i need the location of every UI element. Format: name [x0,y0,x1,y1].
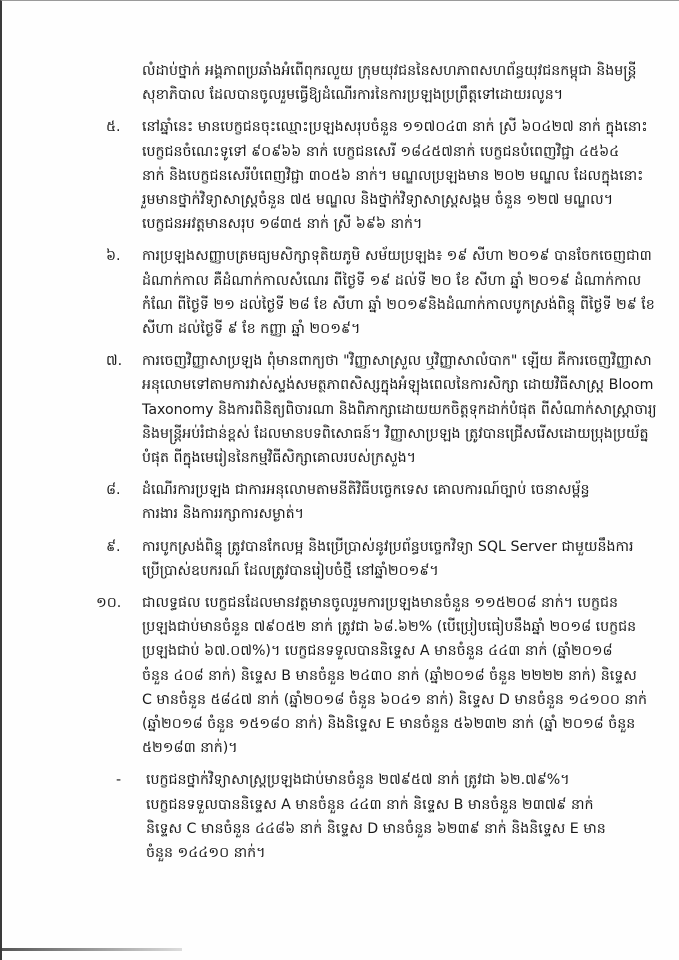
list-item-10: ១០. ជាលទ្ធផល បេក្ខជនដែលមានវត្តមានចូលរួមក… [106,591,666,760]
scanned-page: លំដាប់ថ្នាក់ អង្គភាពប្រឆាំងអំពើពុករលួយ ក… [0,0,679,960]
item-number: ៨. [106,478,121,502]
text-line: បំផុត ពីក្នុងមេរៀននៃកម្មវិធីសិក្សាគោលរបស… [142,446,666,470]
intro-paragraph: លំដាប់ថ្នាក់ អង្គភាពប្រឆាំងអំពើពុករលួយ ក… [106,59,666,107]
text-line: ការចេញវិញ្ញាសាប្រឡង ពុំមានពាក្យថា "វិញ្ញ… [142,349,666,373]
text-line: កំណែ ពីថ្ងៃទី ២១ ដល់ថ្ងៃទី ២៨ ខែ សីហា ឆ្… [142,293,666,317]
text-line: នៅឆ្នាំនេះ មានបេក្ខជនចុះឈ្មោះប្រឡងសរុបចំ… [142,115,666,139]
text-line: ប្រឡងជាប់មានចំនួន ៧៩០៥២ នាក់ ត្រូវជា ៦៨.… [142,615,666,639]
item-number: ៥. [106,115,121,139]
text-line: Taxonomy និងការពិនិត្យពិចារណា និងពិភាក្ស… [142,398,666,422]
text-line: សីហា ដល់ថ្ងៃទី ៩ ខែ កញ្ញា ឆ្នាំ ២០១៩។ [142,317,666,341]
item-number: ៧. [106,349,122,373]
list-item-7: ៧. ការចេញវិញ្ញាសាប្រឡង ពុំមានពាក្យថា "វិ… [106,349,666,470]
item-number: ៦. [106,244,121,268]
text-line: ចំនួន ៤០៨ នាក់) និទ្ទេស B មានចំនួន ២៤៣០ … [142,664,666,688]
list-item-5: ៥. នៅឆ្នាំនេះ មានបេក្ខជនចុះឈ្មោះប្រឡងសរុ… [106,115,666,236]
text-line: ដំណើរការប្រឡង ជាការអនុលោមតាមនីតិវិធីបច្ច… [142,478,666,502]
text-line: និងមន្ត្រីអប់រំជាន់ខ្ពស់ ដែលមានបទពិសោធន៍… [142,422,666,446]
text-line: ដំណាក់កាល គឺដំណាក់កាលសំណេរ ពីថ្ងៃទី ១៩ ដ… [142,269,666,293]
text-line: ការបូកស្រង់ពិន្ទុ ត្រូវបានកែលម្អ និងប្រើ… [142,535,666,559]
text-line: បេក្ខជនចំណេះទូទៅ ៩០៩៦៦ នាក់ បេក្ខជនសេរី … [142,140,666,164]
text-line: សុខាភិបាល ដែលបានចូលរួមធ្វើឱ្យដំណើរការនៃក… [142,83,666,107]
text-line: ការប្រឡងសញ្ញាបត្រមធ្យមសិក្សាទុតិយភូមិ សម… [142,244,666,268]
scan-edge-shadow [2,948,182,951]
text-line: C មានចំនួន ៥៨៤៧ នាក់ (ឆ្នាំ២០១៨ ចំនួន ៦០… [142,688,666,712]
text-line: អនុលោមទៅតាមការវាស់ស្ទង់សមត្ថភាពសិស្សក្នុ… [142,373,666,397]
text-line: និទ្ទេស C មានចំនួន ៤៤៨៦ នាក់ និទ្ទេស D ម… [146,817,666,841]
text-line: ប្រើប្រាស់ឧបករណ៍ ដែលត្រូវបានរៀបចំថ្មី នៅ… [142,559,666,583]
bullet-dash: - [116,768,121,792]
text-line: បេក្ខជនទទួលបាននិទ្ទេស A មានចំនួន ៤៤៣ នាក… [146,793,666,817]
text-line: ជាលទ្ធផល បេក្ខជនដែលមានវត្តមានចូលរួមការប្… [142,591,666,615]
item-number: ៩. [106,535,121,559]
text-line: ប្រឡងជាប់ ៦៧.០៧%)។ បេក្ខជនទទួលបាននិទ្ទេស… [142,639,666,663]
text-line: លំដាប់ថ្នាក់ អង្គភាពប្រឆាំងអំពើពុករលួយ ក… [142,59,666,83]
list-item-6: ៦. ការប្រឡងសញ្ញាបត្រមធ្យមសិក្សាទុតិយភូមិ… [106,244,666,341]
document-body: លំដាប់ថ្នាក់ អង្គភាពប្រឆាំងអំពើពុករលួយ ក… [106,59,666,865]
text-line: បេក្ខជនថ្នាក់វិទ្យាសាស្ត្រប្រឡងជាប់មានចំ… [146,768,666,792]
text-line: ៥២១៨៣ នាក់)។ [142,736,666,760]
list-item-8: ៨. ដំណើរការប្រឡង ជាការអនុលោមតាមនីតិវិធីប… [106,478,666,526]
text-line: នាក់ និងបេក្ខជនសេរីបំពេញវិជ្ជា ៣០៥៦ នាក់… [142,164,666,188]
text-line: រួមមានថ្នាក់វិទ្យាសាស្ត្រចំនួន ៧៥ មណ្ឌល … [142,188,666,212]
text-line: ចំនួន ១៤៤១០ នាក់។ [146,841,666,865]
sub-list-item-science: - បេក្ខជនថ្នាក់វិទ្យាសាស្ត្រប្រឡងជាប់មាន… [70,768,666,865]
text-line: ការងារ និងការរក្សាការសម្ងាត់។ [142,502,666,526]
text-line: បេក្ខជនអវត្តមានសរុប ១៨៣៥ នាក់ ស្រី ៦៩៦ ន… [142,212,666,236]
list-item-9: ៩. ការបូកស្រង់ពិន្ទុ ត្រូវបានកែលម្អ និងប… [106,535,666,583]
text-line: (ឆ្នាំ២០១៨ ចំនួន ១៥១៨០ នាក់) និងនិទ្ទេស … [142,712,666,736]
item-number: ១០. [96,591,121,615]
